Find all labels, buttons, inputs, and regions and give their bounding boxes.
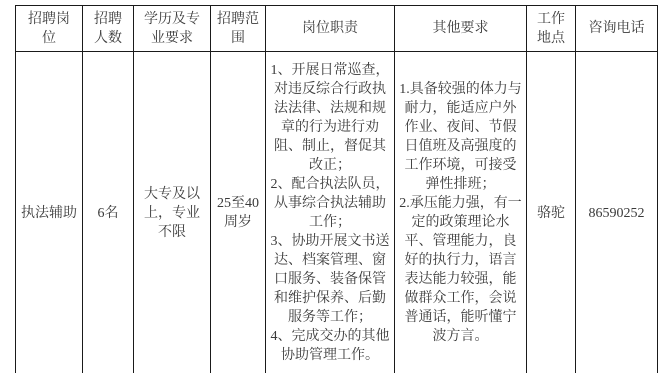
- header-phone: 咨询电话: [576, 6, 658, 52]
- cell-duties: 1、开展日常巡查，对违反综合行政执法法律、法规和规章的行为进行劝阻、制止，督促其…: [266, 52, 395, 373]
- header-position: 招聘岗位: [16, 6, 83, 52]
- table-row: 执法辅助 6名 大专及以上，专业不限 25至40周岁 1、开展日常巡查，对违反综…: [16, 52, 658, 373]
- cell-age-range: 25至40周岁: [211, 52, 266, 373]
- cell-position: 执法辅助: [16, 52, 83, 373]
- table-header-row: 招聘岗位 招聘人数 学历及专业要求 招聘范围 岗位职责 其他要求 工作地点 咨询…: [16, 6, 658, 52]
- cell-education: 大专及以上，专业不限: [134, 52, 211, 373]
- header-headcount: 招聘人数: [83, 6, 134, 52]
- cell-other-requirements: 1.具备较强的体力与耐力，能适应户外作业、夜间、节假日值班及高强度的工作环境，可…: [395, 52, 527, 373]
- header-location: 工作地点: [527, 6, 576, 52]
- header-age-range: 招聘范围: [211, 6, 266, 52]
- cell-phone: 86590252: [576, 52, 658, 373]
- header-other-requirements: 其他要求: [395, 6, 527, 52]
- cell-headcount: 6名: [83, 52, 134, 373]
- recruitment-table: 招聘岗位 招聘人数 学历及专业要求 招聘范围 岗位职责 其他要求 工作地点 咨询…: [15, 5, 658, 373]
- recruitment-notice-page: 招聘岗位 招聘人数 学历及专业要求 招聘范围 岗位职责 其他要求 工作地点 咨询…: [0, 0, 672, 373]
- header-duties: 岗位职责: [266, 6, 395, 52]
- header-education: 学历及专业要求: [134, 6, 211, 52]
- cell-location: 骆驼: [527, 52, 576, 373]
